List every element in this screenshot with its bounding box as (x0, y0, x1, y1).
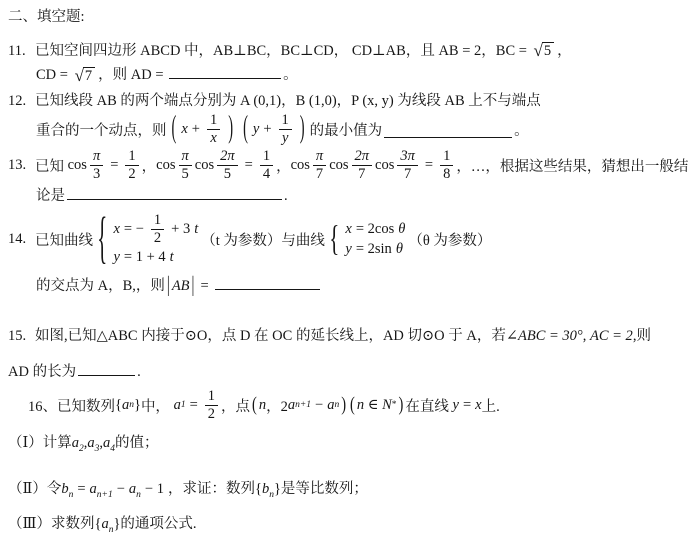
var-a: a (72, 435, 79, 451)
cos-label: cos (68, 157, 87, 174)
part-2-label: （Ⅱ） (8, 481, 47, 497)
var-y: y (253, 121, 259, 138)
question-11-line-2: CD = √7，则 AD = 。 (8, 63, 687, 86)
var-N: N (382, 397, 392, 414)
brace-close: } (274, 481, 281, 497)
part-2-ling: 令 (47, 481, 62, 497)
equals-sign: = (245, 157, 253, 174)
fraction-1-over-x: 1x (207, 113, 220, 146)
q11-comma: ， (557, 43, 572, 59)
question-16-line-1: 16、 已知数列 {an} 中， a1 = 12 ，点 (n，2an+1−an)… (8, 389, 687, 422)
minus-1: − 1 (145, 481, 164, 497)
fraction-pi-3: π3 (90, 149, 103, 182)
q13-outro: 根据这些结果，猜想出一般结 (500, 155, 689, 176)
question-12-line-1: 12.已知线段 AB 的两个端点分别为 A (0,1)，B (1,0)，P (x… (8, 92, 687, 112)
plus-sign: + (263, 121, 271, 138)
q15-text: 如图,已知△ABC 内接于⊙O，点 D 在 OC 的延长线上，AD 切⊙O 于 … (35, 328, 506, 344)
fraction-1-2: 12 (151, 213, 164, 246)
var-a: a (288, 397, 295, 414)
equation-y: y= 2sinθ (345, 241, 405, 258)
right-paren: ) (341, 394, 346, 418)
minus-sign: − (315, 397, 323, 414)
part-1-end: 的值； (115, 435, 159, 451)
part-3-qiu: 求数列 (51, 516, 95, 532)
left-paren: ( (243, 111, 248, 148)
sqrt-7-expression: √7 (75, 67, 96, 85)
q15-then: ,则 (633, 328, 651, 344)
brace-open: { (255, 481, 262, 497)
cos-label: cos (329, 157, 348, 174)
question-15-line-1: 15.如图,已知△ABC 内接于⊙O，点 D 在 OC 的延长线上，AD 切⊙O… (8, 327, 687, 347)
system-brace: { (329, 221, 339, 257)
equals-sign: = (110, 157, 118, 174)
section-header: 二、填空题: (8, 8, 687, 28)
comma: ， (276, 155, 291, 176)
var-y: y (453, 397, 459, 414)
question-14-line-2: 的交点为 A，B,，则|AB|= (8, 274, 687, 297)
question-16-part-1: （Ⅰ）计算a2,a3,a4的值； (8, 434, 687, 454)
q12-text-3: 的最小值为 (310, 119, 383, 140)
var-n: n (357, 397, 364, 414)
q11-period: 。 (283, 67, 298, 83)
answer-blank-q15 (78, 360, 135, 376)
question-16-part-3: （Ⅲ）求数列{an}的通项公式. (8, 515, 687, 535)
fraction-1-over-y: 1y (279, 113, 292, 146)
q14-known: 已知曲线 (35, 229, 93, 250)
q16-text-d: 在直线 (405, 395, 452, 416)
cos-label: cos (375, 157, 394, 174)
equals-sign: = (425, 157, 433, 174)
var-a: a (90, 481, 97, 497)
question-11-number: 11. (8, 42, 35, 62)
question-12-number: 12. (8, 92, 35, 112)
q14-t-param: （t 为参数）与曲线 (201, 229, 325, 250)
q16-text-a: 已知数列 (57, 395, 115, 416)
var-b: b (61, 481, 68, 497)
right-paren: ) (399, 394, 404, 418)
question-16-part-2: （Ⅱ）令bn=an+1−an− 1，求证：数列{bn}是等比数列； (8, 480, 687, 500)
radicand: 7 (83, 67, 95, 85)
left-paren: ( (350, 394, 355, 418)
answer-blank-q11 (169, 63, 281, 79)
fraction-1-2: 12 (205, 389, 218, 422)
q11-text-3: ，则 AD = (98, 67, 167, 83)
question-14-number: 14. (8, 231, 35, 248)
star-superscript: * (392, 401, 397, 411)
worksheet-document: 二、填空题: 11.已知空间四边形 ABCD 中，AB⊥BC，BC⊥CD， CD… (0, 0, 695, 535)
right-paren: ) (300, 111, 305, 148)
equals-sign: = (463, 397, 471, 414)
q16-text-e: 上. (482, 395, 500, 416)
part-1-verb: 计算 (43, 435, 72, 451)
system-brace: { (97, 211, 107, 268)
fraction-2pi-7: 2π7 (352, 149, 373, 182)
cos-label: cos (195, 157, 214, 174)
abs-bar: | (167, 272, 170, 301)
brace-close: } (134, 397, 141, 414)
question-13-line-1: 13. 已知 cos π3 = 12 ， cos π5 cos 2π5 = 14… (8, 149, 687, 182)
sub-n: n (136, 490, 141, 500)
part-3-end: 的通项公式. (120, 516, 196, 532)
var-a: a (327, 397, 334, 414)
sub-n: n (69, 490, 74, 500)
q11-text-2: CD = (36, 67, 72, 83)
equation-y: y= 1 + 4t (113, 249, 198, 266)
left-paren: ( (172, 111, 177, 148)
parametric-system-1: { x= −12+ 3t y= 1 + 4t (96, 213, 198, 266)
parametric-system-2: { x= 2cosθ y= 2sinθ (328, 221, 405, 258)
var-n: n (259, 397, 266, 414)
comma-2: ，2 (266, 395, 288, 416)
q12-period: 。 (514, 119, 529, 140)
var-a1: a (174, 397, 181, 414)
part-2-mid: ，求证：数列 (168, 481, 255, 497)
part-2-end: 是等比数列； (281, 481, 368, 497)
fraction-1-8: 18 (440, 149, 453, 182)
element-of: ∈ (364, 397, 382, 414)
sub-n-plus-1: n+1 (295, 401, 311, 411)
fraction-2pi-5: 2π5 (217, 149, 238, 182)
question-13-number: 13. (8, 157, 35, 174)
question-12-line-2: 重合的一个动点，则 ( x + 1x ) ( y + 1y ) 的最小值为 。 (8, 113, 687, 146)
q13-dot: . (284, 188, 288, 204)
answer-blank-q13 (67, 184, 282, 200)
question-16-number: 16、 (28, 395, 57, 416)
part-3-label: （Ⅲ） (8, 516, 51, 532)
question-15-line-2: AD 的长为. (8, 360, 687, 383)
var-a: a (101, 516, 108, 532)
equation-x: x= 2cosθ (345, 221, 405, 238)
sub-n-plus-1: n+1 (97, 490, 113, 500)
var-a: a (87, 435, 94, 451)
cos-label: cos (291, 157, 310, 174)
q11-text: 已知空间四边形 ABCD 中，AB⊥BC，BC⊥CD， CD⊥AB，且 AB =… (35, 43, 531, 59)
q12-text-2: 重合的一个动点，则 (36, 119, 167, 140)
plus-sign: + (192, 121, 200, 138)
sub-n: n (334, 401, 339, 411)
minus-sign: − (117, 481, 125, 497)
q13-intro: 已知 (35, 155, 68, 176)
q14-text-2: 的交点为 A，B,，则 (36, 278, 165, 294)
part-1-label: （Ⅰ） (8, 435, 43, 451)
equals-sign: = (190, 397, 198, 414)
fraction-3pi-7: 3π7 (397, 149, 418, 182)
q13-text-2: 论是 (36, 188, 65, 204)
equals-sign: = (77, 481, 85, 497)
fraction-pi-7: π7 (313, 149, 326, 182)
q15-text-2: AD 的长为 (8, 364, 76, 380)
cos-label: cos (156, 157, 175, 174)
brace-open: { (115, 397, 122, 414)
q16-text-c: ，点 (221, 395, 250, 416)
equals-sign: = (200, 278, 208, 294)
var-a: a (122, 397, 129, 414)
segment-ab: AB (172, 278, 190, 294)
ac-equals-2: AC = 2 (590, 328, 633, 344)
question-11-line-1: 11.已知空间四边形 ABCD 中，AB⊥BC，BC⊥CD， CD⊥AB，且 A… (8, 42, 687, 62)
section-title: 二、填空题: (8, 9, 85, 25)
sqrt-5-expression: √5 (534, 42, 555, 60)
angle-abc: ∠ABC = 30° (506, 328, 583, 344)
question-14-line-1: 14. 已知曲线 { x= −12+ 3t y= 1 + 4t （t 为参数）与… (8, 213, 687, 266)
left-paren: ( (252, 394, 257, 418)
fraction-1-2: 12 (125, 149, 138, 182)
comma: , (583, 328, 590, 344)
radicand: 5 (542, 42, 554, 60)
q12-text: 已知线段 AB 的两个端点分别为 A (0,1)，B (1,0)，P (x, y… (35, 93, 541, 109)
var-x: x (181, 121, 187, 138)
fraction-pi-5: π5 (179, 149, 192, 182)
abs-bar: | (192, 272, 195, 301)
fraction-1-4: 14 (260, 149, 273, 182)
answer-blank-q14 (215, 274, 320, 290)
question-15-number: 15. (8, 327, 35, 347)
right-paren: ) (228, 111, 233, 148)
comma: ， (142, 155, 157, 176)
sub-1: 1 (181, 401, 186, 411)
answer-blank-q12 (384, 122, 512, 138)
ellipsis: ，…， (456, 155, 500, 176)
question-13-line-2: 论是. (8, 184, 687, 207)
q16-text-b: 中， (141, 395, 174, 416)
equation-x: x= −12+ 3t (113, 213, 198, 246)
q14-theta-param: （θ 为参数） (408, 229, 491, 250)
q15-dot: . (137, 364, 141, 380)
